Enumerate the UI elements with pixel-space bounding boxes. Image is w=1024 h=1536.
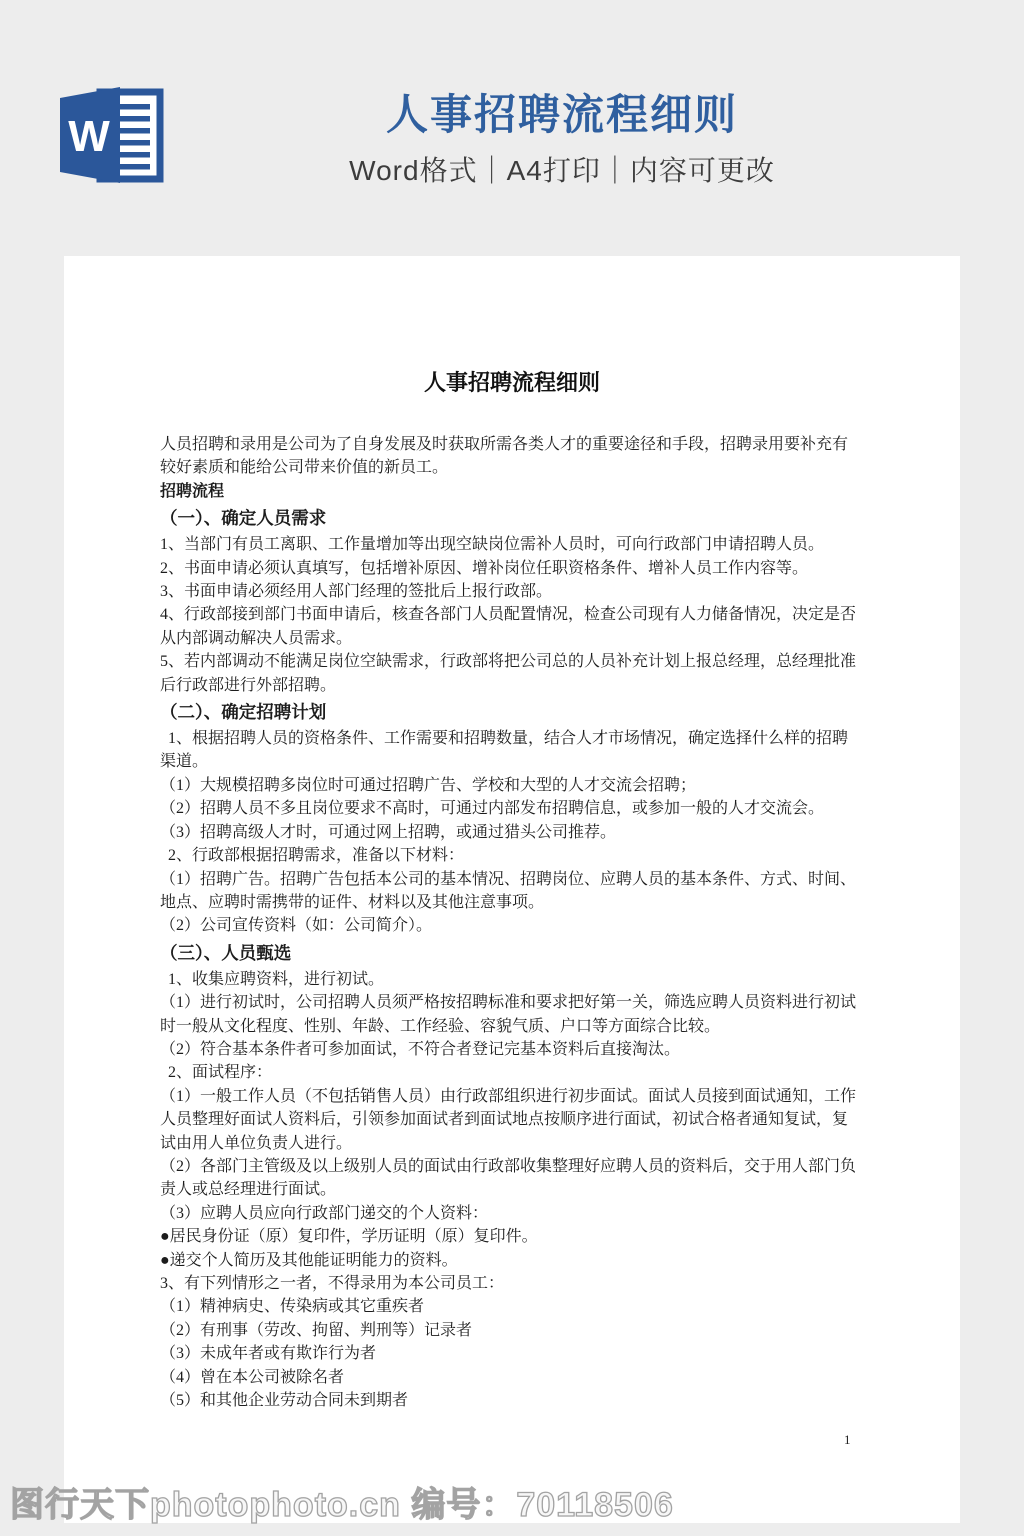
document-line: （2）公司宣传资料（如：公司简介）。 [160,914,864,937]
document-line: （1）大规模招聘多岗位时可通过招聘广告、学校和大型的人才交流会招聘； [160,774,864,797]
header-subtitle: Word格式｜A4打印｜内容可更改 [349,154,775,188]
header-text-block: 人事招聘流程细则 Word格式｜A4打印｜内容可更改 [349,90,775,188]
word-logo-letter: W [68,112,110,161]
document-line: （3）未成年者或有欺诈行为者 [160,1342,864,1365]
document-line: 4、行政部接到部门书面申请后，核查各部门人员配置情况，检查公司现有人力储备情况，… [160,603,864,626]
document-line: （2）有刑事（劳改、拘留、判刑等）记录者 [160,1319,864,1342]
document-line: （三）、人员甄选 [160,938,864,968]
document-line: 1、根据招聘人员的资格条件、工作需要和招聘数量，结合人才市场情况，确定选择什么样… [160,727,864,750]
document-line: 人员整理好面试人资料后，引领参加面试者到面试地点按顺序进行面试，初试合格者通知复… [160,1108,864,1131]
document-line: （1）精神病史、传染病或其它重疾者 [160,1295,864,1318]
document-line: （4）曾在本公司被除名者 [160,1366,864,1389]
document-line: （2）招聘人员不多且岗位要求不高时，可通过内部发布招聘信息，或参加一般的人才交流… [160,797,864,820]
document-line: （2）各部门主管级及以上级别人员的面试由行政部收集整理好应聘人员的资料后，交于用… [160,1155,864,1178]
document-line: （1）招聘广告。招聘广告包括本公司的基本情况、招聘岗位、应聘人员的基本条件、方式… [160,868,864,891]
document-line: 时一般从文化程度、性别、年龄、工作经验、容貌气质、户口等方面综合比较。 [160,1015,864,1038]
document-line: 较好素质和能给公司带来价值的新员工。 [160,456,864,479]
document-page: 人事招聘流程细则 人员招聘和录用是公司为了自身发展及时获取所需各类人才的重要途径… [64,256,960,1523]
header-title: 人事招聘流程细则 [349,90,775,140]
document-line: 从内部调动解决人员需求。 [160,627,864,650]
document-line: （3）应聘人员应向行政部门递交的个人资料： [160,1202,864,1225]
document-line: 2、行政部根据招聘需求，准备以下材料： [160,844,864,867]
document-line: 试由用人单位负责人进行。 [160,1132,864,1155]
word-file-icon: W [56,84,168,186]
document-line: （二）、确定招聘计划 [160,697,864,727]
document-line: （3）招聘高级人才时，可通过网上招聘，或通过猎头公司推荐。 [160,821,864,844]
document-line: （5）和其他企业劳动合同未到期者 [160,1389,864,1412]
watermark-text: 图行天下photophoto.cn 编号：70118506 [10,1482,1024,1528]
document-line: 责人或总经理进行面试。 [160,1178,864,1201]
document-line: 渠道。 [160,750,864,773]
page-number: 1 [844,1432,851,1448]
document-line: 后行政部进行外部招聘。 [160,674,864,697]
document-body: 人员招聘和录用是公司为了自身发展及时获取所需各类人才的重要途径和手段，招聘录用要… [160,433,864,1412]
header-banner: W 人事招聘流程细则 Word格式｜A4打印｜内容可更改 [0,0,1024,256]
document-line: 5、若内部调动不能满足岗位空缺需求，行政部将把公司总的人员补充计划上报总经理，总… [160,650,864,673]
document-line: （2）符合基本条件者可参加面试，不符合者登记完基本资料后直接淘汰。 [160,1038,864,1061]
document-line: 1、收集应聘资料，进行初试。 [160,968,864,991]
document-line: ●递交个人简历及其他能证明能力的资料。 [160,1249,864,1272]
document-line: ●居民身份证（原）复印件，学历证明（原）复印件。 [160,1225,864,1248]
document-line: （1）进行初试时，公司招聘人员须严格按招聘标准和要求把好第一关，筛选应聘人员资料… [160,991,864,1014]
document-line: 3、书面申请必须经用人部门经理的签批后上报行政部。 [160,580,864,603]
document-line: 招聘流程 [160,480,864,503]
document-title: 人事招聘流程细则 [160,368,864,398]
document-line: （一）、确定人员需求 [160,503,864,533]
document-line: 人员招聘和录用是公司为了自身发展及时获取所需各类人才的重要途径和手段，招聘录用要… [160,433,864,456]
document-line: 2、面试程序： [160,1061,864,1084]
document-line: 2、书面申请必须认真填写，包括增补原因、增补岗位任职资格条件、增补人员工作内容等… [160,557,864,580]
document-line: 3、有下列情形之一者，不得录用为本公司员工： [160,1272,864,1295]
document-line: 1、当部门有员工离职、工作量增加等出现空缺岗位需补人员时，可向行政部门申请招聘人… [160,533,864,556]
document-line: 地点、应聘时需携带的证件、材料以及其他注意事项。 [160,891,864,914]
document-line: （1）一般工作人员（不包括销售人员）由行政部组织进行初步面试。面试人员接到面试通… [160,1085,864,1108]
